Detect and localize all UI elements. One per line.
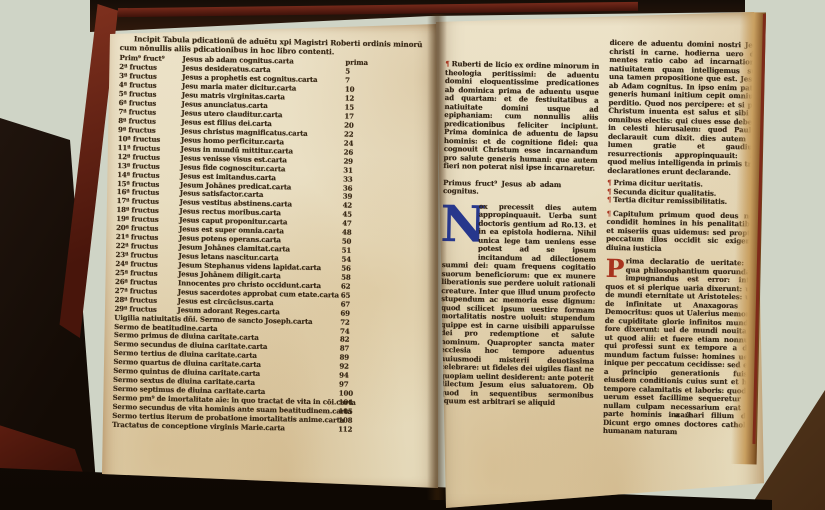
toc-entry-folio: 36 (343, 183, 353, 192)
toc-entry-folio: 62 (341, 281, 351, 290)
toc-entry-folio: 12 (345, 94, 355, 103)
toc-entry-folio: 112 (338, 424, 352, 433)
toc-entry-folio: 33 (343, 174, 353, 183)
toc-entry-folio: 94 (339, 371, 349, 380)
toc-entry-folio: 31 (343, 165, 353, 174)
toc-entry-folio: 24 (344, 138, 354, 147)
sermon-body-paragraph: Nox precessit dies autem appropinquauit.… (439, 202, 597, 409)
tabula-content: Incipit Tabula pdicationū de aduētu xpi … (111, 34, 432, 488)
quire-signature: a 2 (675, 410, 693, 419)
toc-entry-folio: 51 (342, 246, 352, 255)
toc-entry-folio: 105 (338, 406, 352, 415)
toc-entry-folio: 26 (344, 147, 354, 156)
toc-entry-folio: 5 (345, 67, 350, 76)
toc-entry-folio: 67 (341, 299, 351, 308)
fructus-heading: Primus fruct⁹ Jesus ab adam cognitus. (443, 179, 561, 198)
toc-entry-folio: 20 (344, 120, 354, 129)
toc-entry-folio: 39 (343, 192, 353, 201)
toc-entry-folio: 58 (341, 272, 351, 281)
declaration-text: Tertia dicitur remissibilitatis. (613, 195, 727, 206)
incipit-text: Ruberti de licio ex ordine minorum in th… (443, 60, 599, 173)
toc-entry-folio: 56 (341, 263, 351, 272)
toc-entry-folio: 108 (338, 415, 352, 424)
open-incunabulum-photo: Incipit Tabula pdicationū de aduētu xpi … (0, 0, 825, 510)
toc-entry-folio: 47 (342, 219, 352, 228)
left-page: Incipit Tabula pdicationū de aduētu xpi … (100, 22, 438, 488)
toc-entry-folio: 82 (340, 335, 350, 344)
book-gutter (427, 14, 447, 500)
toc-entry-folio: 22 (344, 129, 354, 138)
toc-entry-folio: 17 (344, 112, 354, 121)
toc-entry-folio: 45 (342, 210, 352, 219)
rubricated-initial-p: P (605, 258, 622, 282)
pilcrow-icon: ¶ (607, 195, 612, 204)
toc-rows: Prim⁹ fruct⁹Jesus ab adam cognitus.carta… (112, 53, 431, 435)
sermon-content: ¶Ruberti de licio ex ordine minorum in t… (436, 20, 756, 505)
pilcrow-icon: ¶ (607, 178, 612, 187)
toc-entry-folio: 100 (339, 389, 353, 398)
toc-entry-folio: 97 (339, 380, 349, 389)
toc-entry-folio: 7 (345, 76, 350, 85)
toc-entry-folio: 48 (342, 228, 352, 237)
toc-entry-folio: 65 (341, 290, 351, 299)
toc-entry-folio: 29 (343, 156, 353, 165)
toc-entry-folio: 104 (339, 397, 353, 406)
toc-entry-folio: 15 (344, 103, 354, 112)
toc-entry-folio: 72 (340, 317, 350, 326)
right-page: ¶Ruberti de licio ex ordine minorum in t… (436, 12, 764, 508)
toc-entry-folio: 89 (339, 353, 349, 362)
toc-entry-folio: 54 (341, 255, 351, 264)
toc-entry-folio: 69 (340, 308, 350, 317)
toc-entry-folio: 87 (340, 344, 350, 353)
incipit-paragraph: ¶Ruberti de licio ex ordine minorum in t… (443, 60, 599, 173)
toc-entry-folio: 10 (345, 85, 355, 94)
text-column-1: ¶Ruberti de licio ex ordine minorum in t… (439, 60, 599, 415)
toc-entry-folio: 50 (342, 237, 352, 246)
toc-entry-folio: 92 (339, 362, 349, 371)
toc-entry-folio: 74 (340, 326, 350, 335)
toc-entry-folio: 42 (343, 201, 353, 210)
